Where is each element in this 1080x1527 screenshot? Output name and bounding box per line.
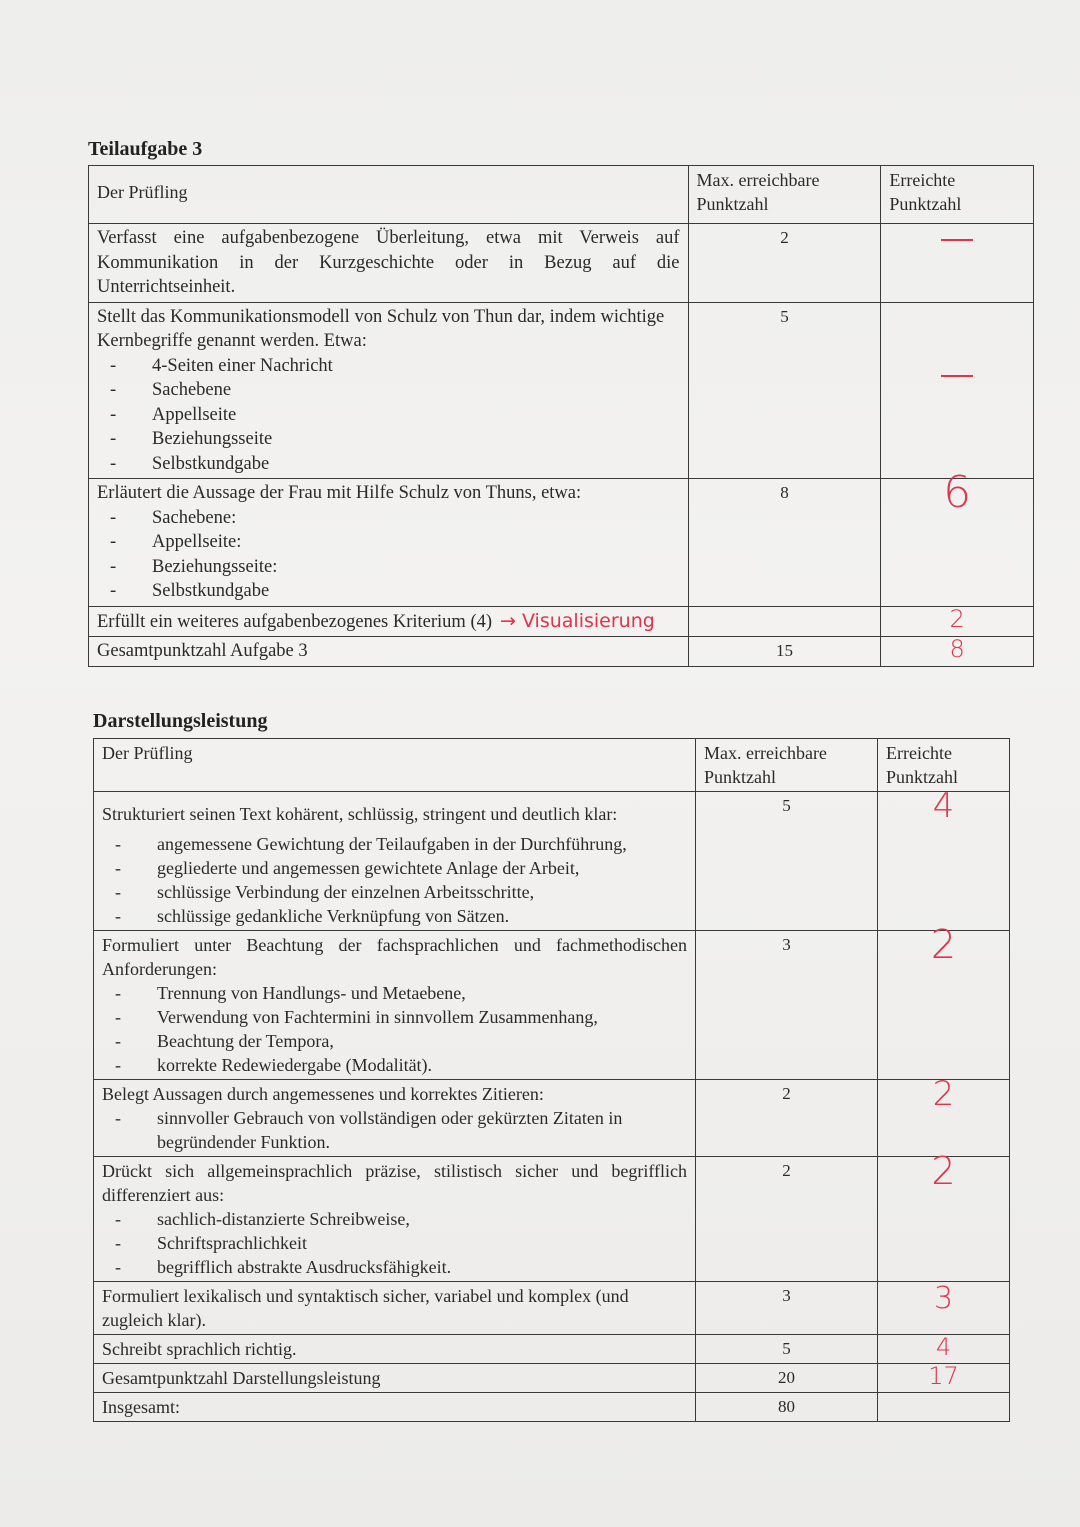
criterion-bullets: angemessene Gewichtung der Teilaufgaben … bbox=[102, 832, 687, 928]
max-points: 5 bbox=[696, 792, 878, 931]
grand-total-label: Insgesamt: bbox=[94, 1393, 696, 1422]
bullet-item: Appellseite bbox=[152, 403, 680, 428]
criterion-text: Erfüllt ein weiteres aufgabenbezogenes K… bbox=[97, 612, 492, 632]
criterion-cell: Drückt sich allgemeinsprachlich präzise,… bbox=[94, 1157, 696, 1282]
max-points: 2 bbox=[696, 1080, 878, 1157]
criterion-bullets: Sachebene: Appellseite: Beziehungsseite:… bbox=[97, 506, 680, 604]
max-points: 3 bbox=[696, 931, 878, 1080]
total-max-points: 15 bbox=[688, 637, 881, 667]
header-max-points: Max. erreichbare Punktzahl bbox=[688, 166, 881, 224]
table-row-total: Gesamtpunktzahl Darstellungsleistung 20 … bbox=[94, 1364, 1010, 1393]
table-row: Belegt Aussagen durch angemessenes und k… bbox=[94, 1080, 1010, 1157]
total-achieved-points: 8 bbox=[881, 637, 1034, 667]
criterion-text: Formuliert lexikalisch und syntaktisch s… bbox=[94, 1282, 696, 1335]
header-achieved-points: Erreichte Punktzahl bbox=[881, 166, 1034, 224]
max-points: 8 bbox=[688, 479, 881, 607]
bullet-item: Sachebene: bbox=[152, 506, 680, 531]
table-row: Schreibt sprachlich richtig. 5 4 bbox=[94, 1335, 1010, 1364]
max-points: 2 bbox=[688, 224, 881, 303]
table-row: Drückt sich allgemeinsprachlich präzise,… bbox=[94, 1157, 1010, 1282]
table-row: Strukturiert seinen Text kohärent, schlü… bbox=[94, 792, 1010, 931]
achieved-points: 2 bbox=[878, 931, 1010, 1080]
bullet-item: Trennung von Handlungs- und Metaebene, bbox=[157, 981, 687, 1005]
achieved-points: 6 bbox=[881, 479, 1034, 607]
table-row: Formuliert unter Beachtung der fachsprac… bbox=[94, 931, 1010, 1080]
header-criterion: Der Prüfling bbox=[89, 166, 689, 224]
bullet-item: angemessene Gewichtung der Teilaufgaben … bbox=[157, 832, 687, 856]
bullet-item: schlüssige gedankliche Verknüpfung von S… bbox=[157, 904, 687, 928]
bullet-item: 4-Seiten einer Nachricht bbox=[152, 354, 680, 379]
bullet-item: Selbstkundgabe bbox=[152, 452, 680, 477]
bullet-item: begrifflich abstrakte Ausdrucksfähigkeit… bbox=[157, 1255, 687, 1279]
criterion-bullets: sinnvoller Gebrauch von vollständigen od… bbox=[102, 1106, 687, 1154]
criterion-text: Stellt das Kommunikationsmodell von Schu… bbox=[97, 305, 680, 354]
table-row: Verfasst eine aufgabenbezogene Überleitu… bbox=[89, 224, 1034, 303]
criterion-cell: Strukturiert seinen Text kohärent, schlü… bbox=[94, 792, 696, 931]
criterion-text: Belegt Aussagen durch angemessenes und k… bbox=[102, 1082, 687, 1106]
achieved-points: 3 bbox=[878, 1282, 1010, 1335]
bullet-item: gegliederte und angemessen gewichtete An… bbox=[157, 856, 687, 880]
criterion-text: Schreibt sprachlich richtig. bbox=[94, 1335, 696, 1364]
max-points: 5 bbox=[688, 302, 881, 479]
header-achieved-points: Erreichte Punktzahl bbox=[878, 739, 1010, 792]
bullet-item: Schriftsprachlichkeit bbox=[157, 1231, 687, 1255]
criterion-bullets: sachlich-distanzierte Schreibweise, Schr… bbox=[102, 1207, 687, 1279]
achieved-points bbox=[881, 224, 1034, 303]
achieved-points: 4 bbox=[878, 792, 1010, 931]
total-label: Gesamtpunktzahl Darstellungsleistung bbox=[94, 1364, 696, 1393]
total-achieved-points: 17 bbox=[878, 1364, 1010, 1393]
scanned-page: Teilaufgabe 3 Der Prüfling Max. erreichb… bbox=[0, 0, 1080, 1527]
achieved-points bbox=[881, 302, 1034, 479]
table-row-total: Gesamtpunktzahl Aufgabe 3 15 8 bbox=[89, 637, 1034, 667]
criterion-text: Verfasst eine aufgabenbezogene Überleitu… bbox=[89, 224, 689, 303]
table-header-row: Der Prüfling Max. erreichbare Punktzahl … bbox=[89, 166, 1034, 224]
bullet-item: Sachebene bbox=[152, 378, 680, 403]
table-row-extra-criterion: Erfüllt ein weiteres aufgabenbezogenes K… bbox=[89, 606, 1034, 637]
criterion-bullets: 4-Seiten einer Nachricht Sachebene Appel… bbox=[97, 354, 680, 477]
grand-total-max-points: 80 bbox=[696, 1393, 878, 1422]
criterion-text: Erläutert die Aussage der Frau mit Hilfe… bbox=[97, 481, 680, 506]
total-label: Gesamtpunktzahl Aufgabe 3 bbox=[89, 637, 689, 667]
criterion-text: Formuliert unter Beachtung der fachsprac… bbox=[102, 933, 687, 981]
grand-total-achieved-points bbox=[878, 1393, 1010, 1422]
max-points: 5 bbox=[696, 1335, 878, 1364]
dash-mark bbox=[941, 239, 973, 241]
dash-mark bbox=[941, 375, 973, 377]
section-title-darstellungsleistung: Darstellungsleistung bbox=[93, 710, 267, 733]
max-points: 2 bbox=[696, 1157, 878, 1282]
criterion-bullets: Trennung von Handlungs- und Metaebene, V… bbox=[102, 981, 687, 1077]
bullet-item: Verwendung von Fachtermini in sinnvollem… bbox=[157, 1005, 687, 1029]
table-row-grand-total: Insgesamt: 80 bbox=[94, 1393, 1010, 1422]
bullet-item: Beziehungsseite bbox=[152, 427, 680, 452]
criterion-cell: Stellt das Kommunikationsmodell von Schu… bbox=[89, 302, 689, 479]
criterion-cell: Formuliert unter Beachtung der fachsprac… bbox=[94, 931, 696, 1080]
total-max-points: 20 bbox=[696, 1364, 878, 1393]
achieved-points: 2 bbox=[878, 1080, 1010, 1157]
criterion-text: Drückt sich allgemeinsprachlich präzise,… bbox=[102, 1159, 687, 1207]
bullet-item: korrekte Redewiedergabe (Modalität). bbox=[157, 1053, 687, 1077]
section-title-teilaufgabe-3: Teilaufgabe 3 bbox=[88, 138, 202, 161]
criterion-cell: Belegt Aussagen durch angemessenes und k… bbox=[94, 1080, 696, 1157]
criterion-text: Strukturiert seinen Text kohärent, schlü… bbox=[102, 794, 687, 826]
bullet-item: Appellseite: bbox=[152, 530, 680, 555]
bullet-item: Beziehungsseite: bbox=[152, 555, 680, 580]
bullet-item: sinnvoller Gebrauch von vollständigen od… bbox=[157, 1106, 687, 1154]
criterion-cell: Erläutert die Aussage der Frau mit Hilfe… bbox=[89, 479, 689, 607]
bullet-item: Beachtung der Tempora, bbox=[157, 1029, 687, 1053]
bullet-item: Selbstkundgabe bbox=[152, 579, 680, 604]
table-row: Stellt das Kommunikationsmodell von Schu… bbox=[89, 302, 1034, 479]
table-header-row: Der Prüfling Max. erreichbare Punktzahl … bbox=[94, 739, 1010, 792]
header-criterion: Der Prüfling bbox=[94, 739, 696, 792]
handwritten-annotation: → Visualisierung bbox=[500, 610, 655, 632]
max-points: 3 bbox=[696, 1282, 878, 1335]
bullet-item: schlüssige Verbindung der einzelnen Arbe… bbox=[157, 880, 687, 904]
header-max-points: Max. erreichbare Punktzahl bbox=[696, 739, 878, 792]
max-points bbox=[688, 606, 881, 637]
achieved-points: 4 bbox=[878, 1335, 1010, 1364]
criterion-cell: Erfüllt ein weiteres aufgabenbezogenes K… bbox=[89, 606, 689, 637]
achieved-points: 2 bbox=[878, 1157, 1010, 1282]
table-row: Erläutert die Aussage der Frau mit Hilfe… bbox=[89, 479, 1034, 607]
table-row: Formuliert lexikalisch und syntaktisch s… bbox=[94, 1282, 1010, 1335]
table-darstellungsleistung: Der Prüfling Max. erreichbare Punktzahl … bbox=[93, 738, 1010, 1422]
table-teilaufgabe-3: Der Prüfling Max. erreichbare Punktzahl … bbox=[88, 165, 1034, 667]
achieved-points: 2 bbox=[881, 606, 1034, 637]
bullet-item: sachlich-distanzierte Schreibweise, bbox=[157, 1207, 687, 1231]
